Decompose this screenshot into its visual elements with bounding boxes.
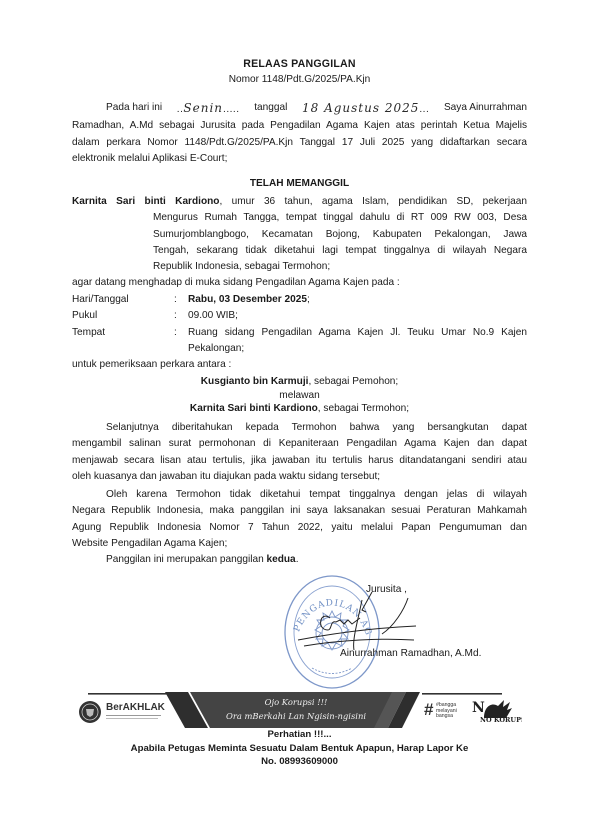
svg-text:N: N bbox=[472, 700, 485, 716]
footer-banner: BerAKHLAK Ojo Korupsi !!! Ora mBerkahi L… bbox=[70, 692, 530, 728]
handwritten-date: 18 Agustus 2025... bbox=[302, 100, 429, 118]
document-page: RELAAS PANGGILAN Nomor 1148/Pdt.G/2025/P… bbox=[0, 0, 599, 840]
versus-text: melawan bbox=[0, 389, 599, 403]
respondent-paragraph: Karnita Sari binti Kardiono, umur 36 tah… bbox=[72, 194, 527, 292]
closing-line: Panggilan ini merupakan panggilan kedua. bbox=[72, 552, 527, 568]
signer-name: Ainurrahman Ramadhan, A.Md. bbox=[340, 648, 481, 659]
respondent-line1: Karnita Sari binti Kardiono, umur 36 tah… bbox=[72, 194, 527, 210]
respondent-line5: Republik Indonesia, sebagai Termohon; bbox=[153, 259, 527, 275]
called-heading: TELAH MEMANGGIL bbox=[0, 178, 599, 189]
svg-text:NO KORUPSI: NO KORUPSI bbox=[480, 716, 522, 724]
anti-corruption-slogan: Ojo Korupsi !!! Ora mBerkahi Lan Ngisin-… bbox=[210, 695, 382, 723]
hearing-place: Ruang sidang Pengadilan Agama Kajen Jl. … bbox=[188, 325, 527, 358]
hearing-date: Rabu, 03 Desember 2025 bbox=[188, 294, 307, 305]
handwritten-day: ..Senin..... bbox=[177, 100, 240, 118]
schedule-row-place: Tempat : Ruang sidang Pengadilan Agama K… bbox=[72, 325, 527, 358]
schedule-row-time: Pukul : 09.00 WIB; bbox=[72, 308, 527, 324]
respondent-line2: Mengurus Rumah Tangga, tempat tinggal da… bbox=[153, 210, 527, 226]
respondent-name: Karnita Sari binti Kardiono bbox=[72, 196, 219, 207]
intro-line4: elektronik melalui Aplikasi E-Court; bbox=[72, 151, 527, 167]
handwritten-signature-icon bbox=[290, 590, 420, 650]
petitioner: Kusgianto bin Karmuji, sebagai Pemohon; bbox=[0, 375, 599, 389]
berakhlak-logo: BerAKHLAK bbox=[106, 702, 165, 713]
bangga-melayani-logo: #bangga melayani bangsa bbox=[436, 703, 462, 720]
document-title: RELAAS PANGGILAN bbox=[0, 58, 599, 70]
schedule-table: Hari/Tanggal : Rabu, 03 Desember 2025; P… bbox=[72, 292, 527, 373]
respondent-line3: Sumurjomblangbogo, Kecamatan Bojong, Kab… bbox=[153, 227, 527, 243]
case-between: untuk pemeriksaan perkara antara : bbox=[72, 357, 231, 373]
case-number: Nomor 1148/Pdt.G/2025/PA.Kjn bbox=[0, 74, 599, 85]
appear-text: agar datang menghadap di muka sidang Pen… bbox=[72, 275, 527, 291]
hearing-time: 09.00 WIB; bbox=[188, 308, 527, 324]
legal-basis-paragraph: Oleh karena Termohon tidak diketahui tem… bbox=[72, 487, 527, 568]
notice-line1: Apabila Petugas Meminta Sesuatu Dalam Be… bbox=[0, 742, 599, 755]
respondent-line4: Tengah, sekarang tidak diketahui lagi te… bbox=[153, 243, 527, 259]
no-corruption-icon: N NO KORUPSI bbox=[470, 694, 522, 724]
intro-line3: dalam perkara Nomor 1148/Pdt.G/2025/PA.K… bbox=[72, 135, 527, 151]
intro-rest: Saya Ainurrahman bbox=[444, 100, 527, 118]
notice-paragraph: Selanjutnya diberitahukan kepada Termoho… bbox=[72, 420, 527, 485]
hashtag-icon: # bbox=[424, 698, 433, 722]
respondent-party: Karnita Sari binti Kardiono, sebagai Ter… bbox=[0, 402, 599, 416]
intro-prefix: Pada hari ini bbox=[106, 100, 162, 118]
notice-title: Perhatian !!!... bbox=[0, 728, 599, 741]
intro-paragraph: Pada hari ini ..Senin..... tanggal 18 Ag… bbox=[72, 100, 527, 167]
schedule-row-date: Hari/Tanggal : Rabu, 03 Desember 2025; bbox=[72, 292, 527, 308]
emblem-icon bbox=[78, 700, 102, 724]
parties-block: Kusgianto bin Karmuji, sebagai Pemohon; … bbox=[0, 375, 599, 416]
intro-line2: Ramadhan, A.Md sebagai Jurusita pada Pen… bbox=[72, 118, 527, 134]
date-label: tanggal bbox=[254, 100, 287, 118]
report-phone-number: No. 08993609000 bbox=[0, 755, 599, 768]
